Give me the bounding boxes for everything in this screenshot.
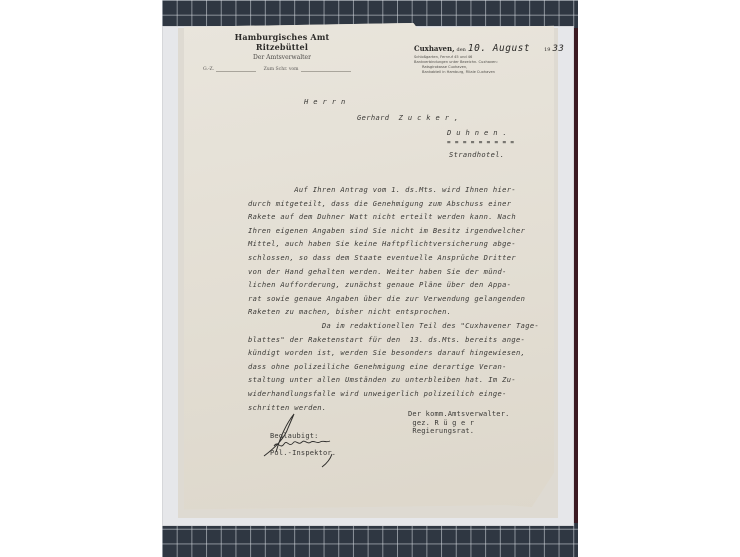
body-line: schlossen, so dass dem Staate eventuelle…: [248, 251, 539, 265]
year-typed: 33: [552, 44, 564, 54]
signature-block: Der komm.Amtsverwalter. gez. R ü g e r R…: [408, 410, 510, 436]
ref-label: G.-Z.: [203, 67, 214, 72]
body-line: kündigt worden ist, werden Sie besonders…: [248, 346, 539, 360]
recipient-name: Gerhard Z u c k e r ,: [357, 113, 459, 122]
salutation: H e r r n: [304, 97, 346, 106]
ref-line: [216, 71, 256, 72]
body-line: widerhandlungsfalle wird unweigerlich po…: [248, 387, 539, 401]
recipient-street: Strandhotel.: [449, 150, 504, 159]
body-line: Auf Ihren Antrag vom 1. ds.Mts. wird Ihn…: [248, 183, 539, 197]
place: Cuxhaven,: [414, 44, 455, 53]
body-line: Raketen zu machen, bisher nicht entsproc…: [248, 305, 539, 319]
den-label: den: [457, 47, 466, 53]
date-typed: 10. August: [468, 43, 530, 54]
office-name: Hamburgisches Amt Ritzebüttel: [222, 32, 342, 52]
place-date: Cuxhaven,den10. August1933: [414, 43, 554, 54]
body-line: von der Hand gehalten werden. Weiter hab…: [248, 265, 539, 279]
body-line: durch mitgeteilt, dass die Genehmigung z…: [248, 197, 539, 211]
address-underline: = = = = = = = = =: [447, 139, 514, 146]
body-line: staltung unter allen Umständen zu unterb…: [248, 373, 539, 387]
body-line: blattes" der Raketenstart für den 13. ds…: [248, 333, 539, 347]
letter-body: Auf Ihren Antrag vom 1. ds.Mts. wird Ihn…: [248, 183, 539, 414]
signatory-name: gez. R ü g e r: [408, 419, 510, 428]
body-line: Ihren eigenen Angaben sind Sie nicht im …: [248, 224, 539, 238]
signatory-title: Der komm.Amtsverwalter.: [408, 410, 510, 419]
reply-label: Zum Schr. vom: [264, 67, 299, 72]
body-line: lichen Aufforderung, zunächst genaue Plä…: [248, 278, 539, 292]
body-line: Da im redaktionellen Teil des "Cuxhavene…: [248, 319, 539, 333]
year-prefix: 19: [544, 47, 550, 53]
handwritten-signature: [262, 410, 352, 468]
info-line: Bankabteil in Hamburg, Filiale Cuxhaven: [414, 70, 554, 75]
office-subtitle: Der Amtsverwalter: [222, 54, 342, 61]
reference-fields: G.-Z. Zum Schr. vom: [203, 67, 357, 72]
body-line: Rakete auf dem Duhner Watt nicht erteilt…: [248, 210, 539, 224]
signatory-rank: Regierungsrat.: [408, 427, 510, 436]
body-line: rat sowie genaue Angaben über die zur Ve…: [248, 292, 539, 306]
reply-line: [301, 71, 351, 72]
letterhead-right: Cuxhaven,den10. August1933 Schloßgarten,…: [414, 43, 554, 75]
recipient-city: D u h n e n .: [447, 128, 507, 137]
letterhead-left: Hamburgisches Amt Ritzebüttel Der Amtsve…: [222, 32, 342, 61]
body-line: dass ohne polizeiliche Genehmigung eine …: [248, 360, 539, 374]
body-line: Mittel, auch haben Sie keine Haftpflicht…: [248, 237, 539, 251]
letterhead-info: Schloßgarten, Fernruf 45 und 46 Bankverb…: [414, 55, 554, 75]
